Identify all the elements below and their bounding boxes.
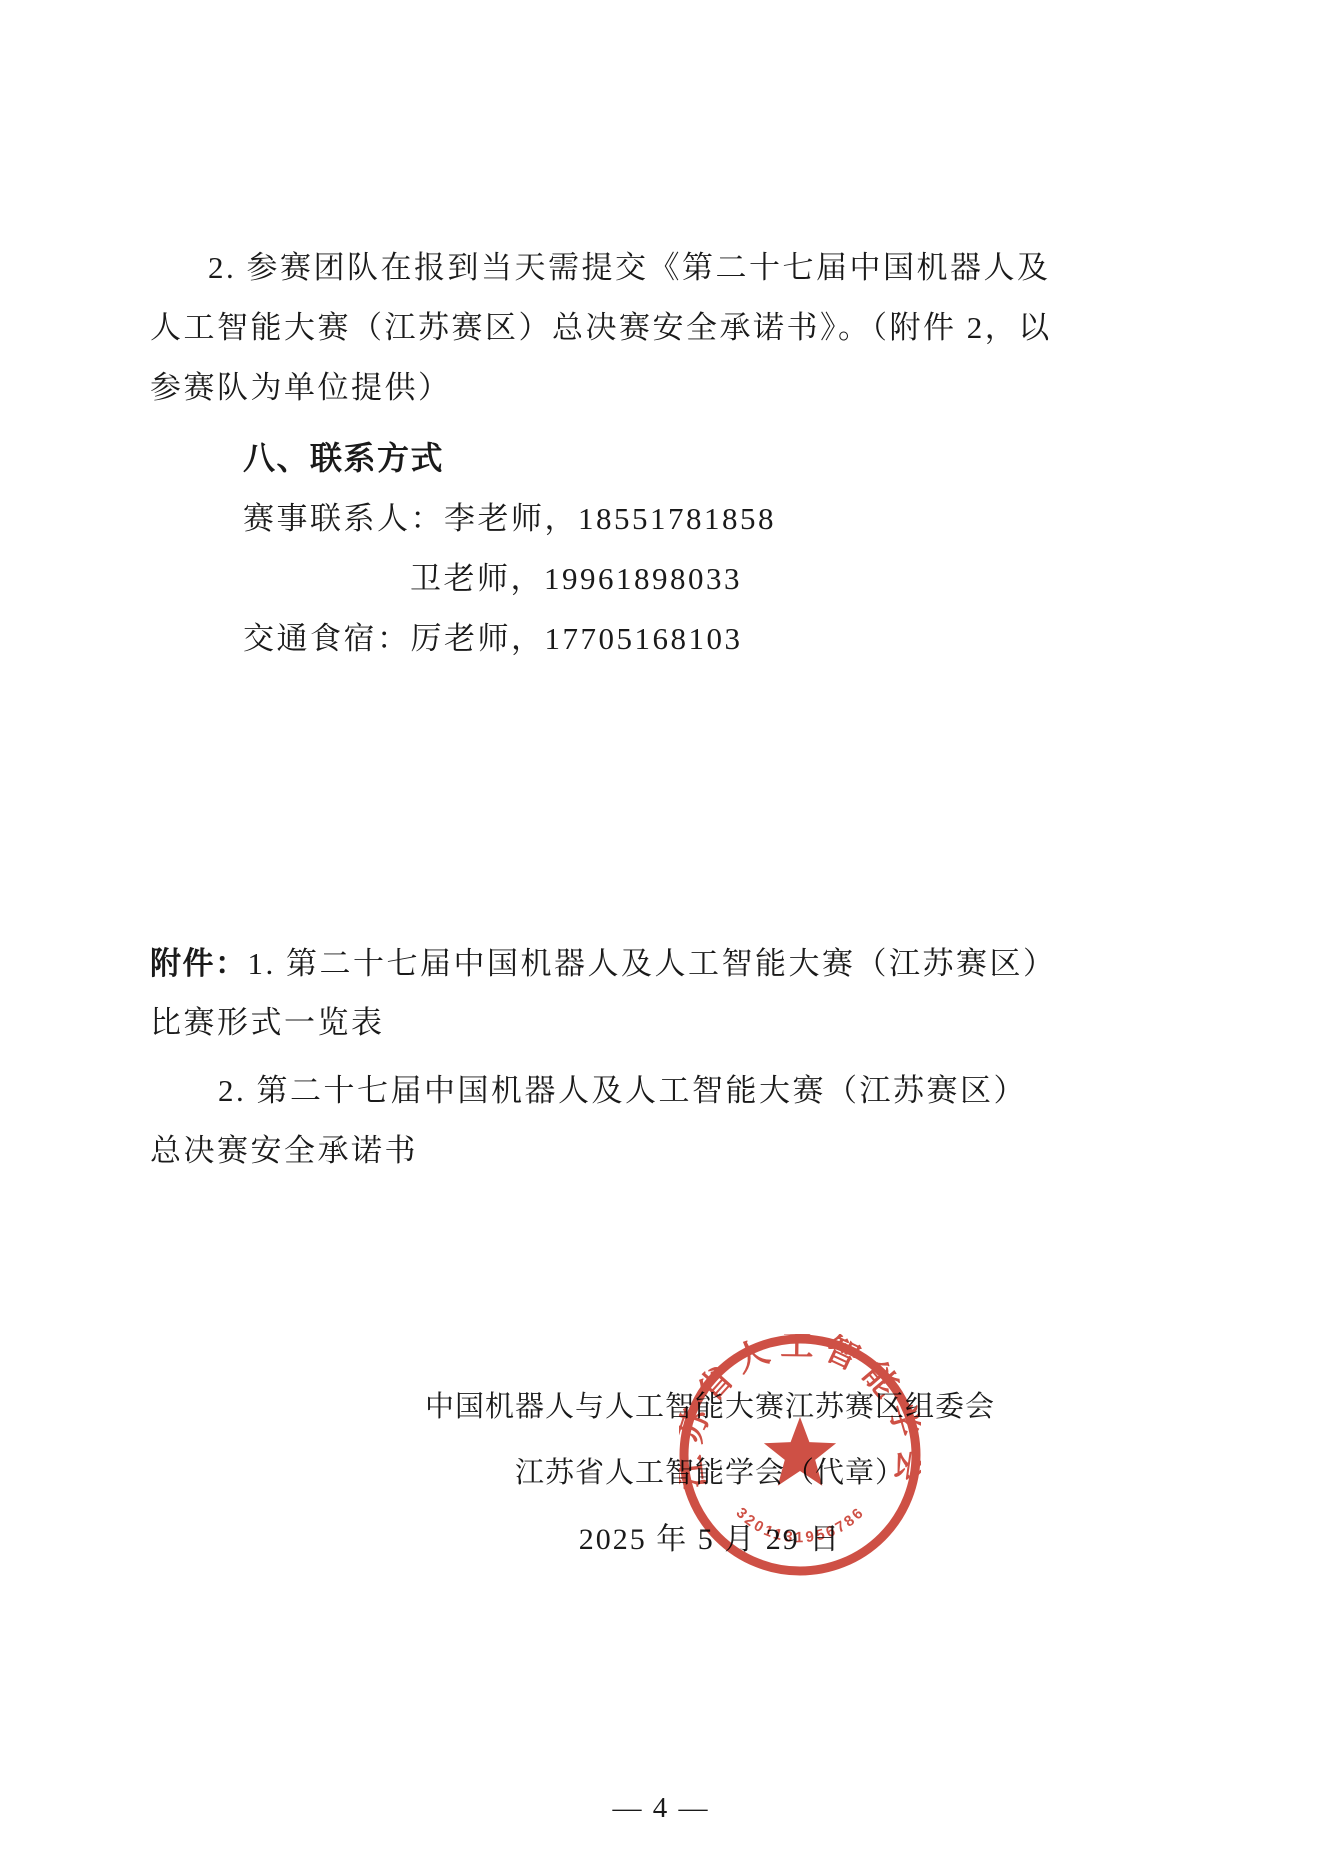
attachment-line: 比赛形式一览表 — [150, 1003, 385, 1043]
contact-line: 赛事联系人：李老师，18551781858 — [150, 499, 776, 539]
page-number: — 4 — — [0, 1792, 1322, 1825]
official-seal: 江苏省人工智能学会 3201131956786 — [679, 1334, 921, 1576]
attachment-line: 总决赛安全承诺书 — [150, 1131, 418, 1171]
svg-text:3201131956786: 3201131956786 — [733, 1503, 869, 1546]
seal-serial-number: 3201131956786 — [733, 1503, 869, 1546]
seal-star-icon — [764, 1417, 836, 1486]
contact-line: 卫老师，19961898033 — [150, 559, 742, 599]
contact-line: 交通食宿：厉老师，17705168103 — [150, 619, 743, 659]
attachment-line: 附件：1. 第二十七届中国机器人及人工智能大赛（江苏赛区） — [150, 944, 1057, 984]
paragraph-line: 参赛队为单位提供） — [150, 368, 452, 408]
paragraph-line: 2. 参赛团队在报到当天需提交《第二十七届中国机器人及 — [150, 248, 1051, 288]
paragraph-line: 人工智能大赛（江苏赛区）总决赛安全承诺书》。（附件 2，以 — [150, 308, 1052, 348]
document-page: 2. 参赛团队在报到当天需提交《第二十七届中国机器人及 人工智能大赛（江苏赛区）… — [0, 0, 1322, 1870]
attachment-item-1: 1. 第二十七届中国机器人及人工智能大赛（江苏赛区） — [248, 946, 1057, 981]
attachments-label: 附件： — [150, 946, 248, 981]
section-heading-contacts: 八、联系方式 — [150, 438, 444, 478]
attachment-line: 2. 第二十七届中国机器人及人工智能大赛（江苏赛区） — [150, 1071, 1027, 1111]
